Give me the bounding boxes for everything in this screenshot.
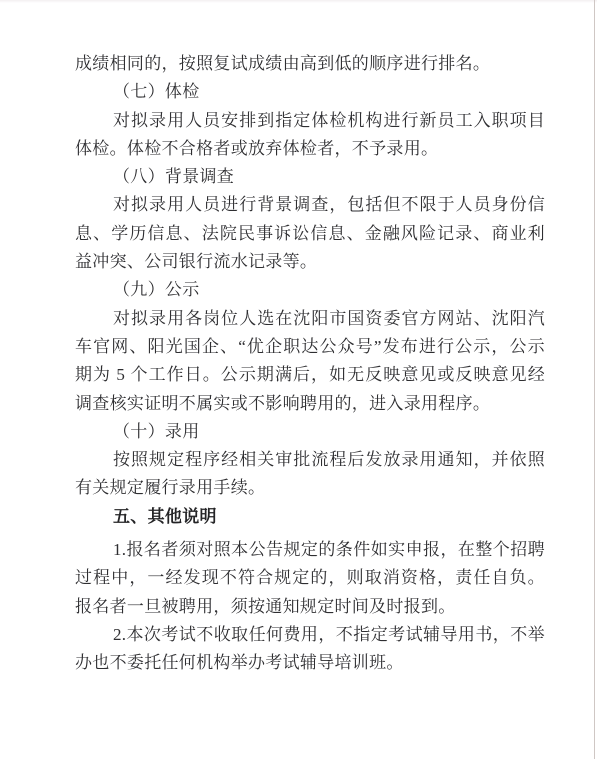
- document-line: 办也不委托任何机构举办考试辅导培训班。: [75, 649, 545, 677]
- page-right-edge-line: [594, 0, 595, 759]
- document-line: 过程中，一经发现不符合规定的，则取消资格，责任自负。: [75, 564, 545, 592]
- document-line: 对拟录用人员进行背景调查，包括但不限于人员身份信: [75, 191, 545, 219]
- document-line: 息、学历信息、法院民事诉讼信息、金融风险记录、商业利: [75, 220, 545, 248]
- document-line: 2.本次考试不收取任何费用，不指定考试辅导用书，不举: [75, 621, 545, 649]
- document-line: 益冲突、公司银行流水记录等。: [75, 248, 545, 276]
- document-line: 有关规定履行录用手续。: [75, 474, 545, 502]
- document-line: 车官网、阳光国企、“优企职达公众号”发布进行公示，公示: [75, 333, 545, 361]
- document-line: 对拟录用各岗位人选在沈阳市国资委官方网站、沈阳汽: [75, 305, 545, 333]
- document-line: 期为 5 个工作日。公示期满后，如无反映意见或反映意见经: [75, 361, 545, 389]
- document-line: 成绩相同的，按照复试成绩由高到低的顺序进行排名。: [75, 50, 545, 78]
- document-line: （七）体检: [75, 78, 545, 106]
- document-line: 报名者一旦被聘用，须按通知规定时间及时报到。: [75, 593, 545, 621]
- document-line: 体检。体检不合格者或放弃体检者，不予录用。: [75, 135, 545, 163]
- document-page: 成绩相同的，按照复试成绩由高到低的顺序进行排名。（七）体检对拟录用人员安排到指定…: [0, 0, 597, 759]
- page-top-edge: [0, 0, 597, 3]
- document-line: 按照规定程序经相关审批流程后发放录用通知，并依照: [75, 446, 545, 474]
- document-line: 1.报名者须对照本公告规定的条件如实申报，在整个招聘: [75, 536, 545, 564]
- document-line: （九）公示: [75, 276, 545, 304]
- document-line: （十）录用: [75, 418, 545, 446]
- document-line: 调查核实证明不属实或不影响聘用的，进入录用程序。: [75, 390, 545, 418]
- document-line: 对拟录用人员安排到指定体检机构进行新员工入职项目: [75, 107, 545, 135]
- document-line: （八）背景调查: [75, 163, 545, 191]
- section-heading: 五、其他说明: [75, 503, 545, 531]
- document-content: 成绩相同的，按照复试成绩由高到低的顺序进行排名。（七）体检对拟录用人员安排到指定…: [75, 50, 545, 678]
